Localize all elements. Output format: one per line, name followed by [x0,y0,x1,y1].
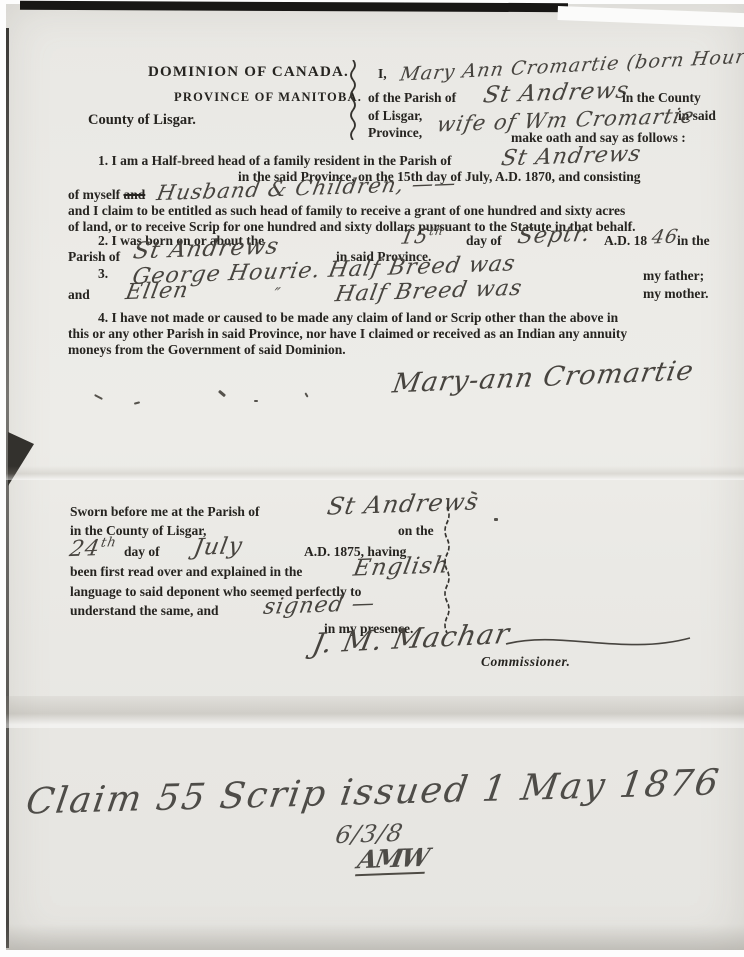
para4-line3: moneys from the Government of said Domin… [68,342,346,358]
sworn-line6: understand the same, and [70,603,219,619]
sworn-signed-handwriting: signed — [261,591,377,620]
ink-speck [494,518,498,521]
ink-speck [304,392,308,397]
sworn-month-handwriting: July [192,533,245,561]
scan-left-edge [6,28,9,948]
para1-line3-pre: of myself and [68,187,145,203]
claim-annotation-line1: Claim 55 Scrip issued 1 May 1876 [23,762,723,822]
para3-mother-label: my mother. [643,286,709,302]
oath-i-label: I, [378,66,387,82]
ditto-mark: ″ [272,284,282,303]
ink-speck [134,401,140,404]
paper-sheet: DOMINION OF CANADA. PROVINCE OF MANITOBA… [6,4,744,950]
ink-speck [218,390,226,397]
para2-day-handwriting: 15th [399,223,446,248]
para4-line1: 4. I have not made or caused to be made … [98,310,618,326]
fold-crease-lower [6,696,744,728]
dominion-title: DOMINION OF CANADA. [148,64,349,81]
deponent-signature: Mary-ann Cromartie [390,356,696,400]
ink-speck [94,394,103,400]
oath-parish-pre: of the Parish of [368,90,456,106]
para2-in-the: in the [677,233,710,249]
sworn-language-handwriting: English [351,552,451,581]
paper-corner-highlight [557,6,744,28]
sworn-parish-handwriting: St Andrews [325,487,481,520]
scanned-document-page: DOMINION OF CANADA. PROVINCE OF MANITOBA… [0,0,744,957]
wavy-brace-right [442,507,452,633]
para2-parish-label: Parish of [68,249,120,265]
signature-flourish [504,630,694,654]
para3-mother-rest-handwriting: Half Breed was [333,276,524,307]
scan-bottom-shadow [6,924,744,950]
sworn-line1: Sworn before me at the Parish of [70,504,259,520]
fold-crease-upper [6,466,744,480]
para3-mother-name-handwriting: Ellen [124,278,191,305]
oath-parish-handwriting: St Andrews [481,77,631,108]
para1-line1: 1. I am a Half-breed head of a family re… [98,153,452,169]
county-title: County of Lisgar. [88,112,196,129]
oath-province-label: Province, [368,125,422,141]
ink-speck [254,400,258,402]
para2-year-handwriting: 46 [650,226,680,249]
para1-line4: and I claim to be entitled as such head … [68,203,625,219]
para2-day-of: day of [466,233,502,249]
sworn-day-of: day of [124,544,160,560]
wavy-brace-left [348,60,358,140]
sworn-day-handwriting: 24th [68,535,118,562]
para1-parish-handwriting: St Andrews [499,142,643,172]
para4-line2: this or any other Parish in said Provinc… [68,326,627,342]
sworn-line4: been first read over and explained in th… [70,564,302,580]
struck-word: and [123,187,145,202]
para2-ad-label: A.D. 18 [604,233,647,249]
scan-top-edge [20,1,568,12]
para3-and-label: and [68,287,90,303]
claim-annotation-initials: AMW [355,843,430,876]
sworn-on-the: on the [398,523,434,539]
para1-consisting-handwriting: Husband & Children, —— [155,171,459,205]
commissioner-label: Commissioner. [481,654,570,670]
oath-lisgar: of Lisgar, [368,108,422,124]
para3-number: 3. [98,266,108,282]
para2-month-handwriting: Septr. [516,222,593,250]
province-title: PROVINCE OF MANITOBA. [174,90,362,105]
para3-father-label: my father; [643,268,704,284]
